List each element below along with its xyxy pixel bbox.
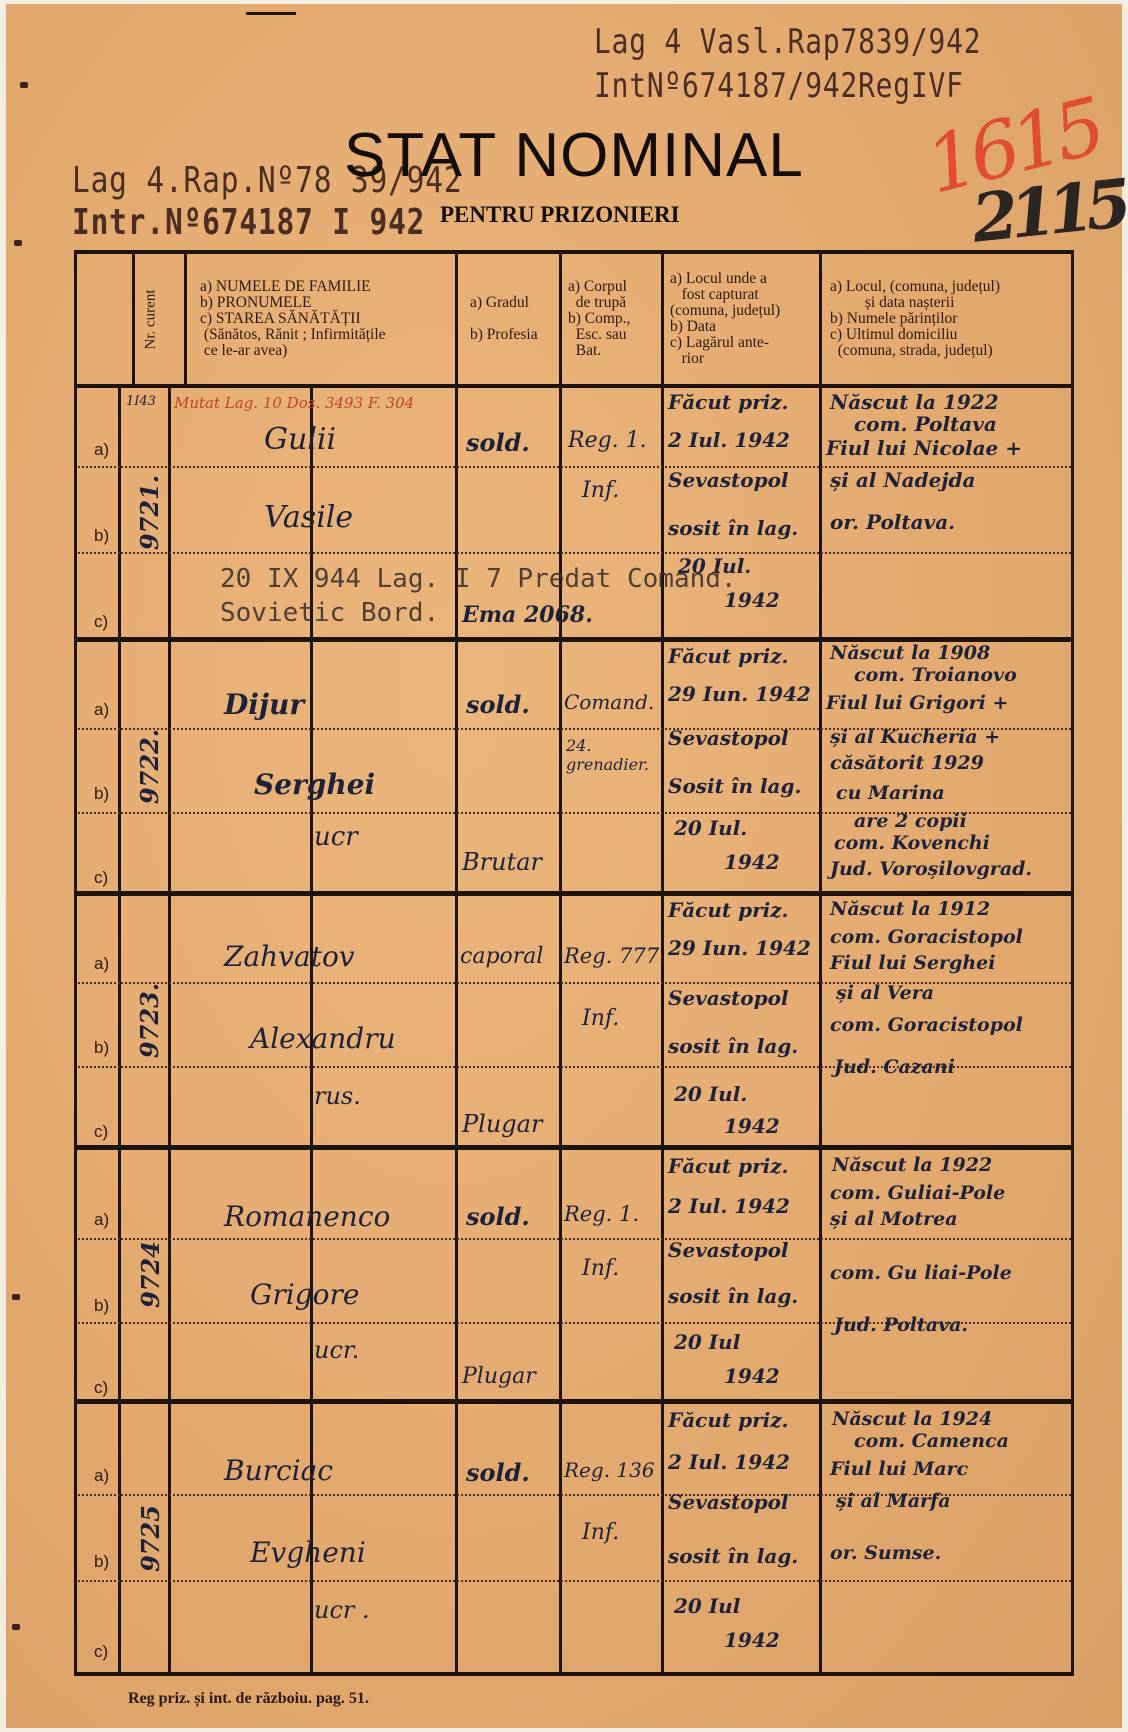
surname: Gulii xyxy=(264,422,336,457)
unit-regiment: Reg. 1. xyxy=(568,428,647,453)
unit-branch: Inf. xyxy=(582,478,619,503)
punch-hole-mark xyxy=(12,1294,20,1300)
nationality: ucr xyxy=(314,822,358,852)
row-number: 9721. xyxy=(130,428,170,597)
surname: Zahvatov xyxy=(224,940,355,973)
first-name: Serghei xyxy=(254,768,375,801)
prisoner-roster-table: Nr. curent a) NUMELE DE FAMILIE b) PRONU… xyxy=(74,250,1074,1676)
unit-regiment: Reg. 136 xyxy=(564,1458,655,1482)
first-name: Alexandru xyxy=(250,1022,396,1055)
table-row: a) b) c) 9721. 1I43 Mutat Lag. 10 Dos. 3… xyxy=(74,388,1074,642)
row-number: 9723. xyxy=(130,936,170,1105)
scanned-document-page: Lag 4 Vasl.Rap7839/942 IntNº674187/942Re… xyxy=(6,4,1122,1728)
table-row: a) b) c) 9722. Dijur Serghei ucr sold. B… xyxy=(74,642,1074,896)
grade: sold. xyxy=(466,1458,530,1487)
form-footer: Reg priz. și int. de războiu. pag. 51. xyxy=(128,1690,369,1708)
unit-regiment: Reg. 1. xyxy=(564,1202,639,1226)
grade: caporal xyxy=(460,944,543,969)
row-number: 9725 xyxy=(130,1444,170,1632)
grade: sold. xyxy=(466,428,530,457)
surname: Dijur xyxy=(224,688,304,721)
unit-branch: Inf. xyxy=(582,1256,619,1281)
black-page-annotation: 2115 xyxy=(968,164,1127,257)
unit-branch: Inf. xyxy=(582,1520,619,1545)
profession: Plugar xyxy=(462,1110,542,1138)
page-title: STAT NOMINAL xyxy=(344,120,804,191)
punch-hole-mark xyxy=(12,1624,20,1630)
archive-stamp-line-1: Lag 4 Vasl.Rap7839/942 xyxy=(594,22,981,62)
header-birth-column: a) Locul, (comuna, județul) și data nașt… xyxy=(830,254,1000,384)
table-row: a) b) c) 9723. Zahvatov Alexandru rus. c… xyxy=(74,896,1074,1150)
punch-hole-mark xyxy=(14,240,22,246)
nationality: rus. xyxy=(314,1082,361,1110)
header-capture-column: a) Locul unde a fost capturat (comuna, j… xyxy=(670,254,780,384)
row-number: 9722. xyxy=(130,682,170,851)
table-header: Nr. curent a) NUMELE DE FAMILIE b) PRONU… xyxy=(74,254,1074,388)
surname: Burciac xyxy=(224,1454,333,1487)
surname: Romanenco xyxy=(224,1200,390,1233)
typed-transfer-stamp: 20 IX 944 Lag. I 7 Predat Comand. xyxy=(220,564,737,594)
page-subtitle: PENTRU PRIZONIERI xyxy=(440,202,680,228)
header-nr-curent: Nr. curent xyxy=(136,254,166,384)
unit-branch: Inf. xyxy=(582,1006,619,1031)
archive-stamp-line-2: IntNº674187/942RegIVF xyxy=(594,66,964,106)
report-stamp-line-2: Intr.Nº674187 I 942 xyxy=(72,202,425,243)
margin-note: 1I43 xyxy=(126,394,156,409)
profession: Plugar xyxy=(462,1364,536,1389)
grade: sold. xyxy=(466,1202,530,1231)
nationality: ucr . xyxy=(314,1596,370,1624)
first-name: Vasile xyxy=(264,500,353,535)
top-rule xyxy=(246,12,296,15)
transfer-note: Mutat Lag. 10 Dos. 3493 F. 304 xyxy=(174,394,414,412)
nationality: ucr. xyxy=(314,1336,359,1364)
unit-regiment: Comand. xyxy=(564,690,654,714)
first-name: Grigore xyxy=(250,1278,359,1311)
header-unit-column: a) Corpul de trupă b) Comp., Esc. sau Ba… xyxy=(568,254,630,384)
unit-branch: 24. grenadier. xyxy=(566,736,656,774)
header-name-column: a) NUMELE DE FAMILIE b) PRONUMELE c) STA… xyxy=(200,254,386,384)
first-name: Evgheni xyxy=(250,1536,366,1569)
header-grade-column: a) Gradul b) Profesia xyxy=(470,254,538,384)
punch-hole-mark xyxy=(20,82,28,88)
grade: sold. xyxy=(466,690,530,719)
table-row: a) b) c) 9725 Burciac Evgheni ucr . sold… xyxy=(74,1404,1074,1676)
row-number: 9724 xyxy=(130,1190,170,1359)
profession: Brutar xyxy=(462,848,542,876)
table-row: a) b) c) 9724 Romanenco Grigore ucr. sol… xyxy=(74,1150,1074,1404)
unit-regiment: Reg. 777. xyxy=(564,944,666,968)
